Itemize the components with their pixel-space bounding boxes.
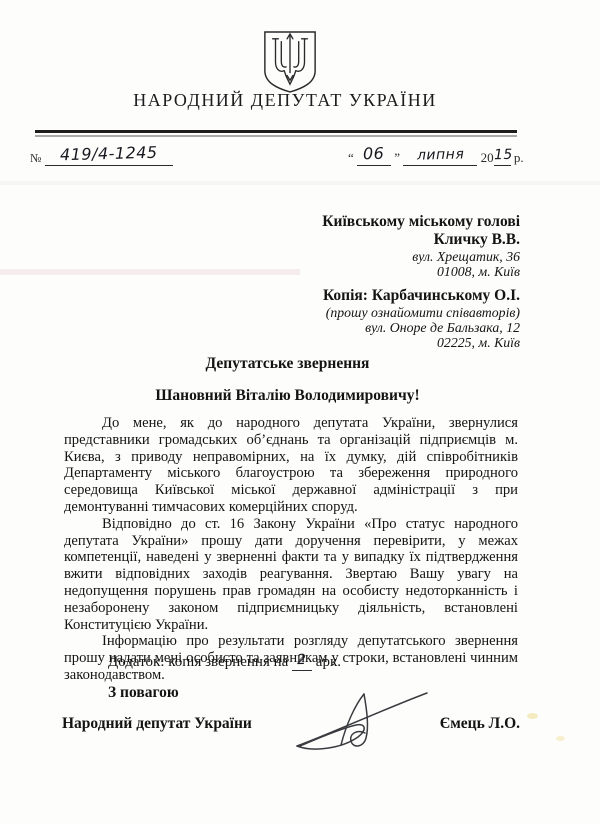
copy-recipient-city: 02225, м. Київ [323,335,520,350]
closing-regards: З повагою [108,684,179,702]
body-paragraph-1: До мене, як до народного депутата Україн… [64,415,518,516]
scan-artifact-streak [0,181,600,185]
divider-thick-line [35,130,517,133]
date-year-suffix: р. [514,150,524,165]
recipient-city: 01008, м. Київ [322,264,520,279]
signatory-name: Ємець Л.О. [440,715,520,733]
scan-artifact-streak [0,269,300,275]
scanned-letter-page: НАРОДНИЙ ДЕПУТАТ УКРАЇНИ № 419/4-1245 “ … [0,0,600,824]
recipient-name: Кличку В.В. [322,231,520,249]
divider-thin-line [35,135,517,137]
date-month-value: липня [416,144,464,165]
number-sign-label: № [30,151,41,165]
reference-number-value: 419/4-1245 [60,143,158,166]
attachment-prefix: Додаток: копія звернення на [108,654,288,670]
date-day-line: 06 [357,144,391,166]
recipient-block: Київському міському голові Кличку В.В. в… [322,213,520,279]
date-year-written: 15 [493,145,512,165]
reference-date: “ 06 ” липня 2015 р. [348,144,524,166]
date-quote-open: “ [348,150,354,165]
date-day-value: 06 [363,144,385,165]
scan-artifact-spot [527,713,538,719]
recipient-street: вул. Хрещатик, 36 [322,249,520,264]
copy-recipient-street: вул. Оноре де Бальзака, 12 [323,320,520,335]
handwritten-signature [294,688,430,752]
date-quote-close: ” [394,150,400,165]
salutation: Шановний Віталію Володимировичу! [0,387,575,405]
letterhead-divider [35,130,517,137]
letterhead-title: НАРОДНИЙ ДЕПУТАТ УКРАЇНИ [0,90,570,111]
reference-row: № 419/4-1245 “ 06 ” липня 2015 р. [0,144,600,174]
letter-body: До мене, як до народного депутата Україн… [64,415,518,684]
date-month-line: липня [403,145,477,166]
scan-artifact-spot [556,736,565,741]
recipient-title: Київському міському голові [322,213,520,231]
attachment-suffix: арк. [316,654,341,670]
copy-recipient-note: (прошу ознайомити співавторів) [323,305,520,320]
document-heading: Депутатське звернення [0,355,575,373]
reference-number-line: 419/4-1245 [45,144,173,166]
date-year-printed: 20 [481,150,494,165]
copy-recipient-name: Копія: Карбачинському О.І. [323,287,520,305]
signatory-position: Народний депутат України [62,715,252,733]
reference-number: № 419/4-1245 [30,144,173,166]
attachment-line: Додаток: копія звернення на 2 арк. [108,650,341,671]
attachment-pages-line: 2 [292,650,312,671]
coat-of-arms-icon [261,30,319,94]
copy-recipient-block: Копія: Карбачинському О.І. (прошу ознайо… [323,287,520,350]
body-paragraph-2: Відповідно до ст. 16 Закону України «Про… [64,516,518,634]
date-year-line: 15 [494,145,511,166]
attachment-pages-value: 2 [297,650,307,670]
